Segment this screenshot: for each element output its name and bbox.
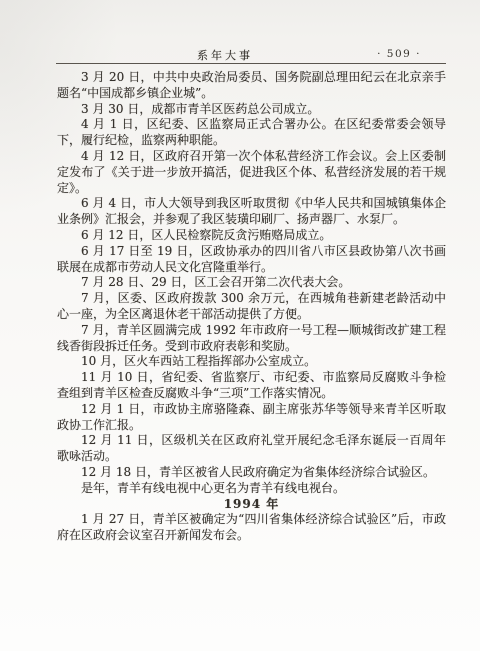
page-header: 系年大事 · 509 · — [57, 47, 446, 61]
event-paragraph: 7 月，区委、区政府拨款 300 余万元，在西城角巷新建老龄活动中心一座，为全区… — [57, 291, 446, 323]
header-rule — [56, 63, 446, 64]
event-paragraph: 是年，青羊有线电视中心更名为青羊有线电视台。 — [57, 481, 446, 497]
page-number: · 509 · — [377, 48, 421, 60]
event-paragraph: 10 月，区火车西站工程指挥部办公室成立。 — [57, 354, 446, 370]
event-paragraph: 3 月 30 日，成都市青羊区医药总公司成立。 — [57, 102, 446, 118]
event-paragraph: 7 月，青羊区圆满完成 1992 年市政府一号工程—顺城街改扩建工程线香街段拆迁… — [57, 323, 446, 355]
running-title: 系年大事 — [197, 47, 253, 63]
event-paragraph: 6 月 4 日，市人大领导到我区听取贯彻《中华人民共和国城镇集体企业条例》汇报会… — [57, 196, 446, 228]
event-paragraph: 7 月 28 日、29 日，区工会召开第二次代表大会。 — [57, 275, 446, 291]
event-paragraph: 1 月 27 日，青羊区被确定为“四川省集体经济综合试验区”后，市政府在区政府会… — [57, 512, 446, 544]
page-body: 3 月 20 日，中共中央政治局委员、国务院副总理田纪云在北京亲手题名“中国成都… — [57, 70, 446, 544]
year-heading: 1994 年 — [57, 497, 446, 513]
event-paragraph: 12 月 11 日，区级机关在区政府礼堂开展纪念毛泽东诞辰一百周年歌咏活动。 — [57, 433, 446, 465]
event-paragraph: 3 月 20 日，中共中央政治局委员、国务院副总理田纪云在北京亲手题名“中国成都… — [57, 70, 446, 102]
event-paragraph: 12 月 18 日，青羊区被省人民政府确定为省集体经济综合试验区。 — [57, 465, 446, 481]
event-paragraph: 11 月 10 日，省纪委、省监察厅、市纪委、市监察局反腐败斗争检查组到青羊区检… — [57, 370, 446, 402]
scanned-page: 系年大事 · 509 · 3 月 20 日，中共中央政治局委员、国务院副总理田纪… — [0, 0, 480, 651]
event-paragraph: 6 月 17 日至 19 日，区政协承办的四川省八市区县政协第八次书画联展在成都… — [57, 244, 446, 276]
event-paragraph: 4 月 12 日，区政府召开第一次个体私营经济工作会议。会上区委制定发布了《关于… — [57, 149, 446, 196]
event-paragraph: 6 月 12 日，区人民检察院反贪污贿赂局成立。 — [57, 228, 446, 244]
event-paragraph: 4 月 1 日，区纪委、区监察局正式合署办公。在区纪委常委会领导下，履行纪检，监… — [57, 117, 446, 149]
event-paragraph: 12 月 1 日，市政协主席骆隆森、副主席张苏华等领导来青羊区听取政协工作汇报。 — [57, 402, 446, 434]
